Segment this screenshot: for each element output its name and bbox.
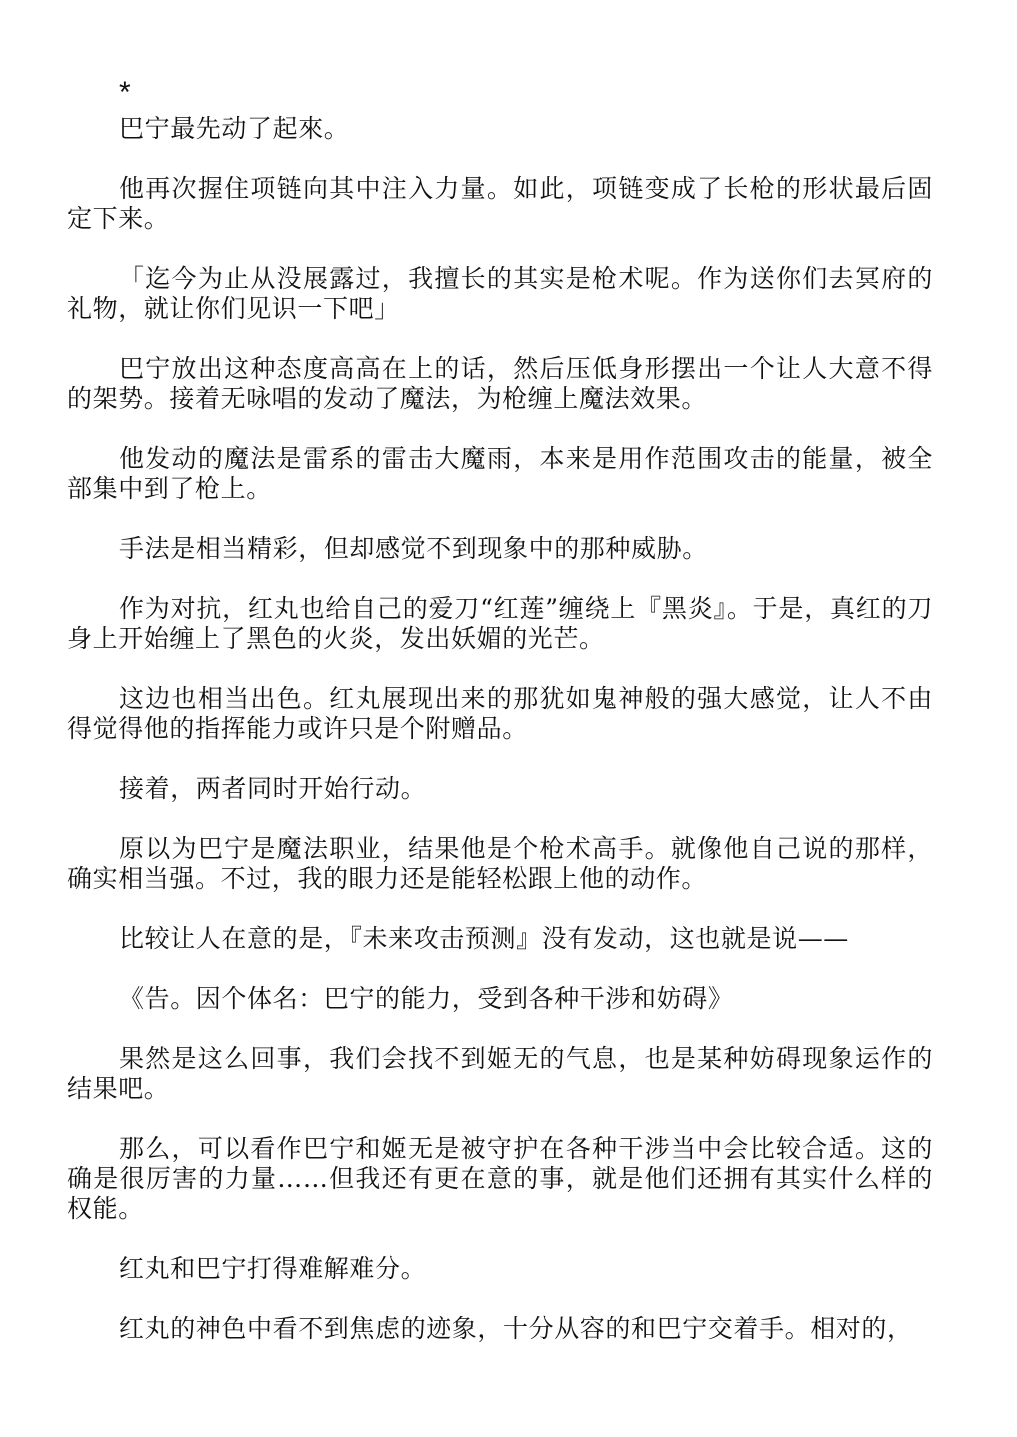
document-page: * 巴宁最先动了起來。 他再次握住项链向其中注入力量。如此，项链变成了长枪的形状… <box>67 78 933 1374</box>
paragraph: 作为对抗，红丸也给自己的爱刀“红莲”缠绕上『黑炎』。于是，真红的刀身上开始缠上了… <box>67 594 933 654</box>
paragraph: 红丸和巴宁打得难解难分。 <box>67 1254 933 1284</box>
paragraph: 果然是这么回事，我们会找不到姬无的气息，也是某种妨碍现象运作的结果吧。 <box>67 1044 933 1104</box>
paragraph: 那么，可以看作巴宁和姬无是被守护在各种干涉当中会比较合适。这的确是很厉害的力量…… <box>67 1134 933 1224</box>
paragraph: 巴宁最先动了起來。 <box>67 114 933 144</box>
paragraph: 比较让人在意的是，『未来攻击预测』没有发动，这也就是说—— <box>67 924 933 954</box>
dialogue-paragraph: 「迄今为止从没展露过，我擅长的其实是枪术呢。作为送你们去冥府的礼物，就让你们见识… <box>67 264 933 324</box>
paragraph: 他再次握住项链向其中注入力量。如此，项链变成了长枪的形状最后固定下来。 <box>67 174 933 234</box>
paragraph: 原以为巴宁是魔法职业，结果他是个枪术高手。就像他自己说的那样，确实相当强。不过，… <box>67 834 933 894</box>
paragraph: 手法是相当精彩，但却感觉不到现象中的那种威胁。 <box>67 534 933 564</box>
paragraph: 这边也相当出色。红丸展现出来的那犹如鬼神般的强大感觉，让人不由得觉得他的指挥能力… <box>67 684 933 744</box>
notice-paragraph: 《告。因个体名：巴宁的能力，受到各种干涉和妨碍》 <box>67 984 933 1014</box>
paragraph: 红丸的神色中看不到焦虑的迹象，十分从容的和巴宁交着手。相对的， <box>67 1314 933 1344</box>
paragraph: 接着，两者同时开始行动。 <box>67 774 933 804</box>
paragraph: 他发动的魔法是雷系的雷击大魔雨，本来是用作范围攻击的能量，被全部集中到了枪上。 <box>67 444 933 504</box>
section-separator: * <box>119 78 933 114</box>
paragraph: 巴宁放出这种态度高高在上的话，然后压低身形摆出一个让人大意不得的架势。接着无咏唱… <box>67 354 933 414</box>
